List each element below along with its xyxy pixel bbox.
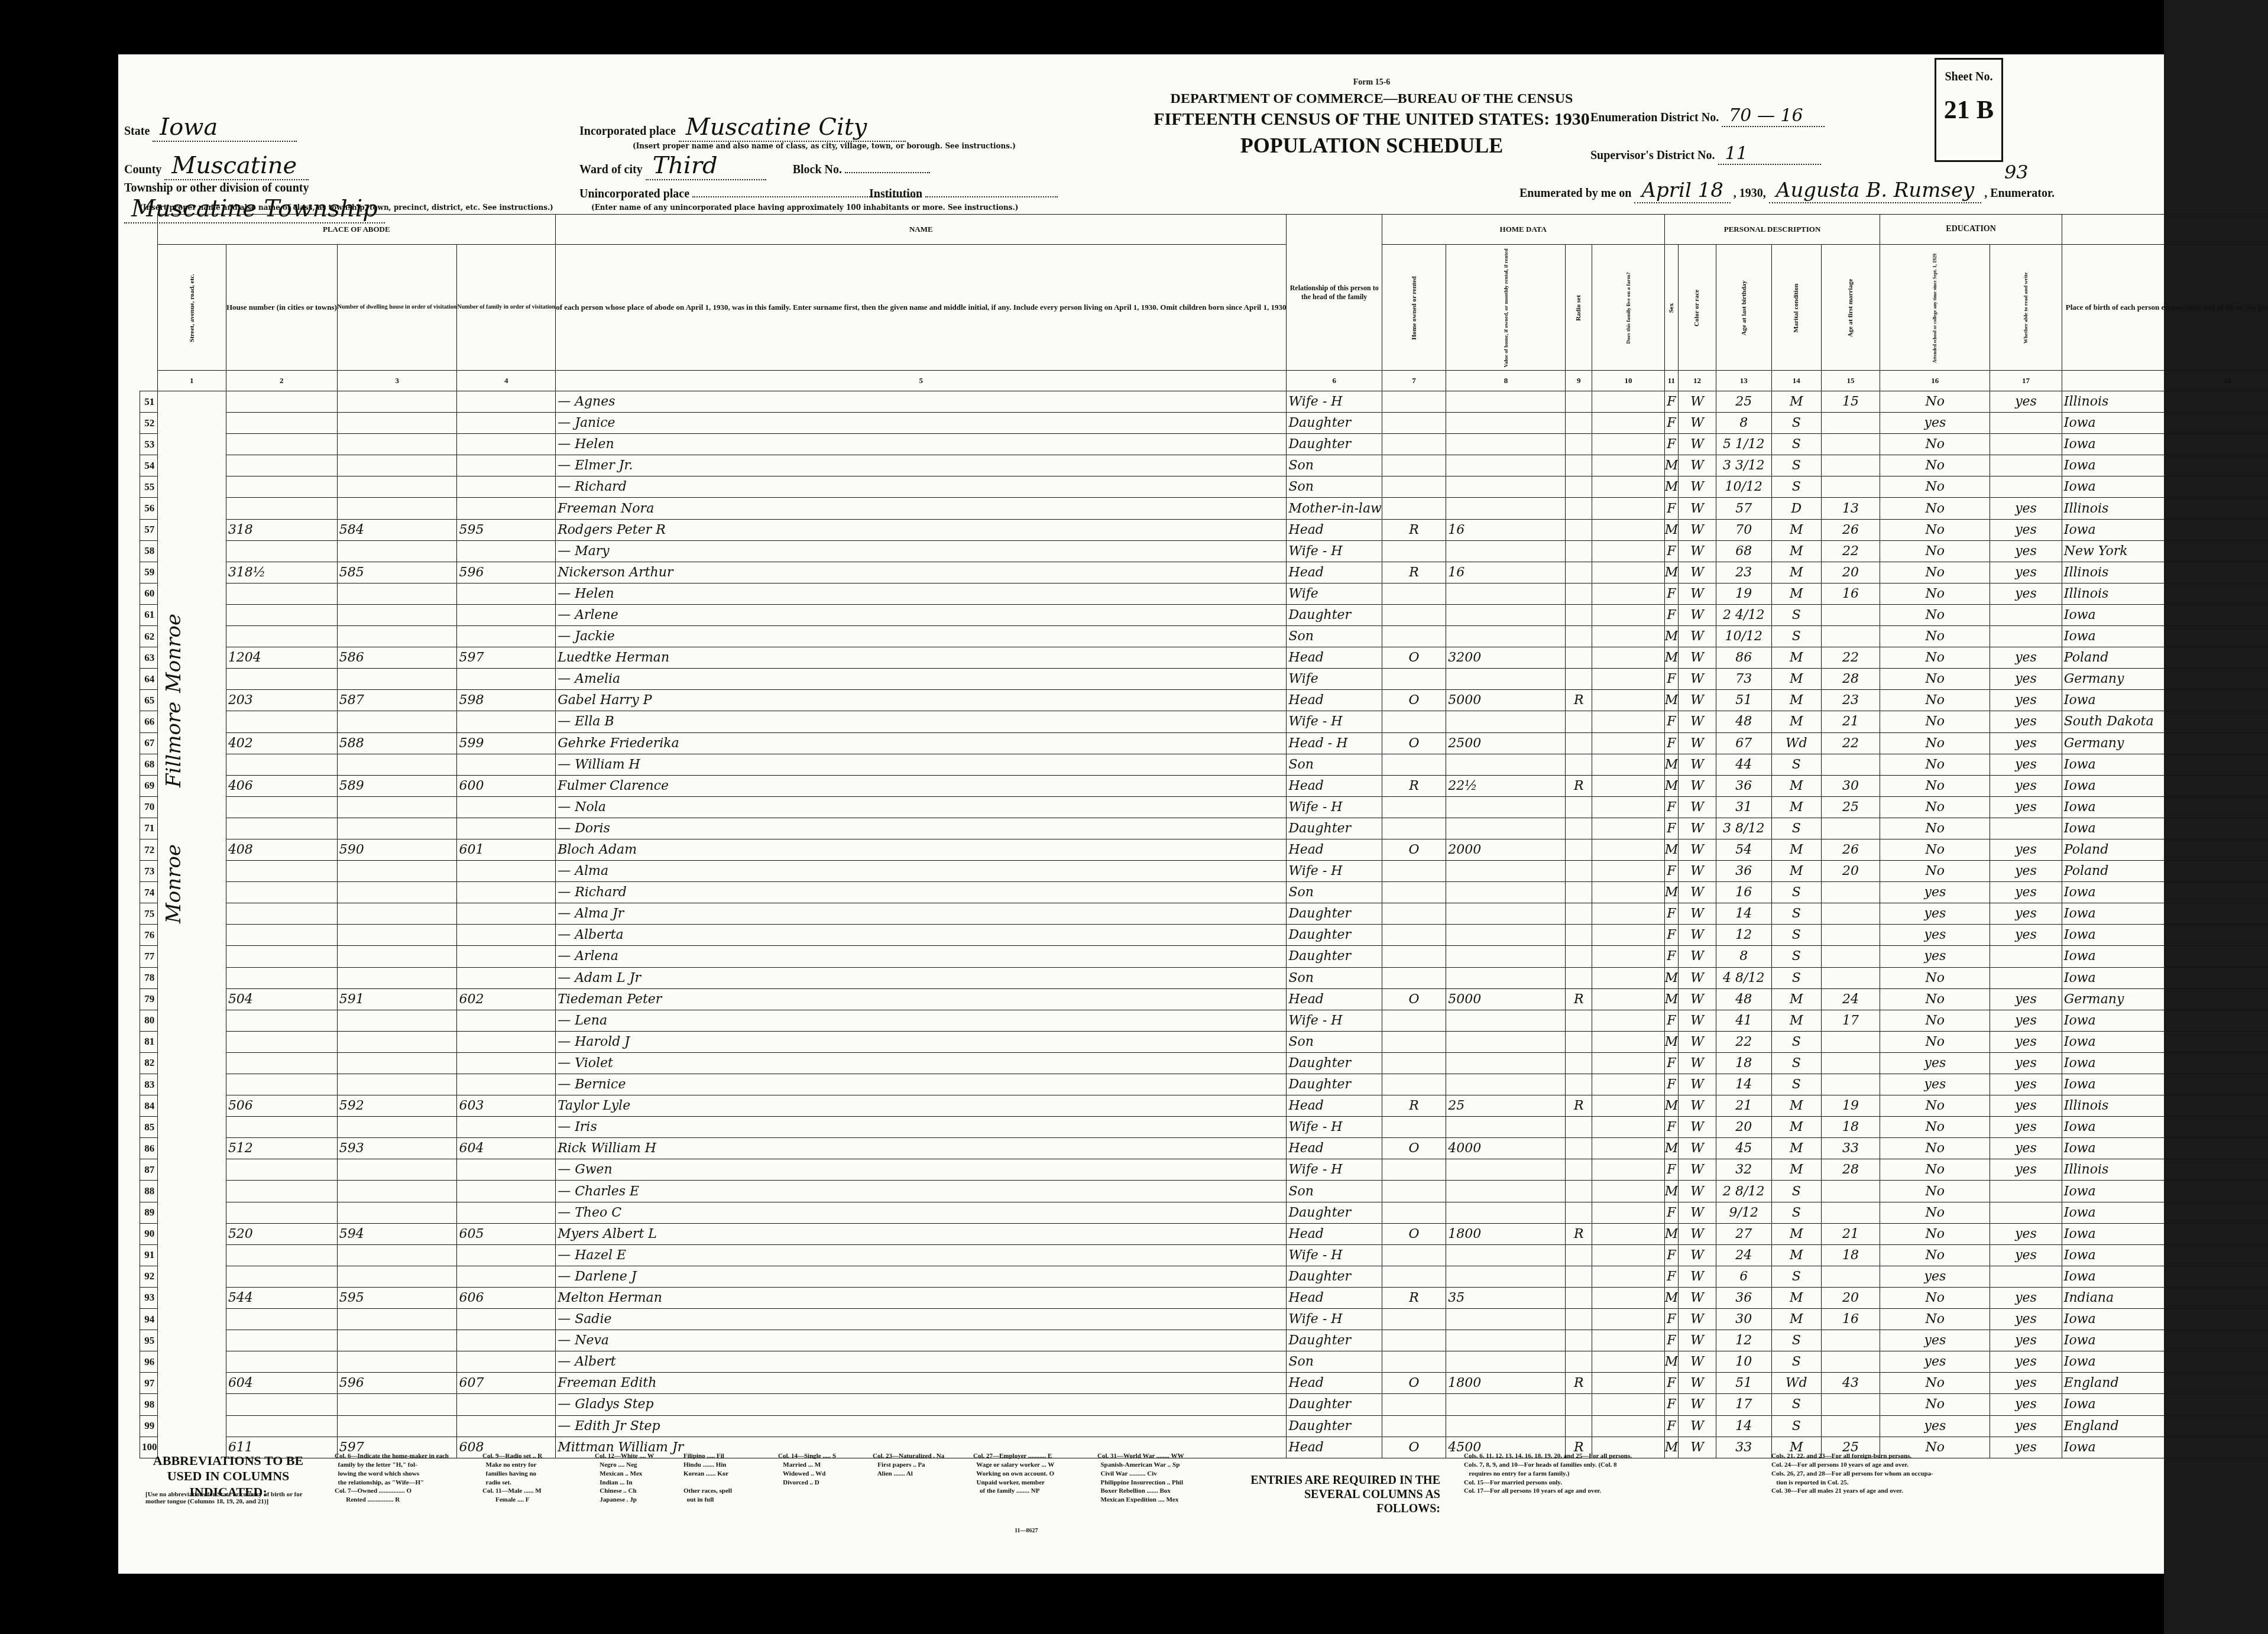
dwelling-number <box>337 498 457 519</box>
attended-school: No <box>1880 604 1990 625</box>
street-cell <box>157 647 226 669</box>
home-owned-rented <box>1382 1117 1446 1138</box>
dwelling-number: 594 <box>337 1223 457 1244</box>
house-number <box>226 1159 337 1181</box>
marital-status: M <box>1771 1223 1821 1244</box>
person-name: — Richard <box>556 882 1287 903</box>
street-cell <box>157 1074 226 1095</box>
radio-set <box>1566 1202 1592 1223</box>
attended-school: yes <box>1880 882 1990 903</box>
dwelling-number <box>337 925 457 946</box>
marital-status: M <box>1771 583 1821 604</box>
marital-status: M <box>1771 988 1821 1010</box>
farm <box>1592 498 1665 519</box>
birthplace-person: Iowa <box>2062 1244 2268 1266</box>
street-cell <box>157 946 226 967</box>
birthplace-person: Iowa <box>2062 1117 2268 1138</box>
line-number-left: 69 <box>140 775 158 796</box>
attended-school: No <box>1880 1031 1990 1052</box>
street-cell <box>157 519 226 540</box>
table-row: 77— ArlenaDaughterFW8SyesIowaPolandPolan… <box>140 946 2268 967</box>
line-number-left: 63 <box>140 647 158 669</box>
family-number <box>457 604 556 625</box>
relation: Wife - H <box>1287 711 1382 732</box>
race: W <box>1679 1394 1716 1415</box>
age-first-marriage: 28 <box>1821 1159 1880 1181</box>
age-first-marriage <box>1821 818 1880 839</box>
line-number-left: 87 <box>140 1159 158 1181</box>
read-write <box>1990 946 2062 967</box>
radio-set <box>1566 1052 1592 1074</box>
age: 8 <box>1716 946 1771 967</box>
farm <box>1592 434 1665 455</box>
family-number <box>457 925 556 946</box>
attended-school: No <box>1880 669 1990 690</box>
house-number <box>226 1330 337 1351</box>
home-value <box>1446 583 1566 604</box>
home-owned-rented: O <box>1382 690 1446 711</box>
house-number: 604 <box>226 1373 337 1394</box>
relation: Wife - H <box>1287 1117 1382 1138</box>
incorporated-value: Muscatine City <box>679 114 906 142</box>
abbreviations-note: [Use no abbreviations for State or count… <box>145 1491 317 1505</box>
read-write: yes <box>1990 1287 2062 1308</box>
age: 44 <box>1716 754 1771 775</box>
birthplace-person: New York <box>2062 540 2268 562</box>
street-cell <box>157 562 226 583</box>
table-row: 58— MaryWife - HFW68M22NoyesNew YorkIrel… <box>140 540 2268 562</box>
house-number <box>226 498 337 519</box>
street-cell <box>157 1266 226 1287</box>
person-name: — Janice <box>556 413 1287 434</box>
house-number <box>226 391 337 413</box>
person-name: — Alberta <box>556 925 1287 946</box>
farm <box>1592 967 1665 988</box>
dwelling-number <box>337 1244 457 1266</box>
age: 32 <box>1716 1159 1771 1181</box>
family-number <box>457 861 556 882</box>
table-row: 82— VioletDaughterFW18SyesyesIowaGermany… <box>140 1052 2268 1074</box>
township-note: (Insert proper name and also name of cla… <box>140 203 553 212</box>
birthplace-person: Iowa <box>2062 754 2268 775</box>
street-cell <box>157 1202 226 1223</box>
marital-status: M <box>1771 1159 1821 1181</box>
birthplace-person: Illinois <box>2062 391 2268 413</box>
age-first-marriage: 19 <box>1821 1095 1880 1117</box>
house-number <box>226 882 337 903</box>
home-owned-rented <box>1382 1394 1446 1415</box>
enumerated-line: Enumerated by me on April 18 , 1930, Aug… <box>1519 179 2055 203</box>
read-write: yes <box>1990 1159 2062 1181</box>
dwelling-number: 592 <box>337 1095 457 1117</box>
home-owned-rented: R <box>1382 519 1446 540</box>
attended-school: No <box>1880 540 1990 562</box>
age-first-marriage <box>1821 882 1880 903</box>
read-write: yes <box>1990 1117 2062 1138</box>
attended-school: No <box>1880 562 1990 583</box>
attended-school: yes <box>1880 903 1990 925</box>
house-number: 504 <box>226 988 337 1010</box>
table-row: 80— LenaWife - HFW41M17NoyesIowaUnited S… <box>140 1010 2268 1031</box>
relation: Daughter <box>1287 1074 1382 1095</box>
house-number <box>226 1266 337 1287</box>
group-education: EDUCATION <box>1880 215 2062 245</box>
relation: Wife - H <box>1287 1010 1382 1031</box>
street-cell <box>157 604 226 625</box>
table-row: 51— AgnesWife - HFW25M15NoyesIllinoisIll… <box>140 391 2268 413</box>
dwelling-number <box>337 903 457 925</box>
family-number <box>457 669 556 690</box>
home-owned-rented: O <box>1382 839 1446 860</box>
sex: M <box>1664 882 1679 903</box>
person-name: — Arlene <box>556 604 1287 625</box>
unincorporated-note: (Enter name of any unincorporated place … <box>591 203 1018 212</box>
dwelling-number <box>337 1266 457 1287</box>
form-number: Form 15-6 <box>1106 78 1638 87</box>
attended-school: No <box>1880 1202 1990 1223</box>
farm <box>1592 583 1665 604</box>
line-number-left: 58 <box>140 540 158 562</box>
home-owned-rented <box>1382 1010 1446 1031</box>
read-write: yes <box>1990 583 2062 604</box>
line-number-left: 56 <box>140 498 158 519</box>
farm <box>1592 839 1665 860</box>
family-number <box>457 1074 556 1095</box>
race: W <box>1679 626 1716 647</box>
relation: Son <box>1287 1181 1382 1202</box>
birthplace-person: Illinois <box>2062 1159 2268 1181</box>
home-owned-rented <box>1382 583 1446 604</box>
line-number-left: 86 <box>140 1138 158 1159</box>
relation: Wife - H <box>1287 1309 1382 1330</box>
home-value <box>1446 540 1566 562</box>
attended-school: No <box>1880 455 1990 476</box>
age-first-marriage: 17 <box>1821 1010 1880 1031</box>
street-cell <box>157 669 226 690</box>
attended-school: No <box>1880 861 1990 882</box>
home-value <box>1446 796 1566 818</box>
ward-field: Ward of city Third Block No. <box>579 152 930 180</box>
home-value <box>1446 1351 1566 1373</box>
sex: F <box>1664 391 1679 413</box>
age: 22 <box>1716 1031 1771 1052</box>
family-number: 595 <box>457 519 556 540</box>
age-first-marriage <box>1821 434 1880 455</box>
census-title: FIFTEENTH CENSUS OF THE UNITED STATES: 1… <box>1106 109 1638 129</box>
house-number <box>226 413 337 434</box>
marital-status: M <box>1771 1309 1821 1330</box>
race: W <box>1679 732 1716 754</box>
house-number: 406 <box>226 775 337 796</box>
relation: Son <box>1287 455 1382 476</box>
attended-school: No <box>1880 391 1990 413</box>
relation: Wife - H <box>1287 861 1382 882</box>
house-number <box>226 1117 337 1138</box>
race: W <box>1679 669 1716 690</box>
read-write: yes <box>1990 540 2062 562</box>
street-cell <box>157 903 226 925</box>
dwelling-number <box>337 455 457 476</box>
family-number <box>457 1181 556 1202</box>
home-value: 1800 <box>1446 1373 1566 1394</box>
person-name: Gehrke Friederika <box>556 732 1287 754</box>
line-number-left: 99 <box>140 1415 158 1437</box>
house-number: 544 <box>226 1287 337 1308</box>
farm <box>1592 1074 1665 1095</box>
home-owned-rented <box>1382 604 1446 625</box>
street-cell <box>157 413 226 434</box>
attended-school: yes <box>1880 1052 1990 1074</box>
birthplace-person: Iowa <box>2062 1266 2268 1287</box>
col6-abbrev: Col. 6—Indicate the home-maker in each f… <box>335 1452 449 1505</box>
person-name: Fulmer Clarence <box>556 775 1287 796</box>
marital-status: M <box>1771 690 1821 711</box>
read-write: yes <box>1990 1415 2062 1437</box>
home-owned-rented <box>1382 1415 1446 1437</box>
relation: Head <box>1287 1287 1382 1308</box>
read-write: yes <box>1990 519 2062 540</box>
sex: M <box>1664 775 1679 796</box>
person-name: — Richard <box>556 476 1287 498</box>
family-number: 600 <box>457 775 556 796</box>
family-number <box>457 1351 556 1373</box>
table-row: 78— Adam L JrSonMW4 8/12SNoIowaPolandPol… <box>140 967 2268 988</box>
read-write: yes <box>1990 1074 2062 1095</box>
marital-status: M <box>1771 1287 1821 1308</box>
attended-school: No <box>1880 1117 1990 1138</box>
marital-status: M <box>1771 711 1821 732</box>
attended-school: No <box>1880 1244 1990 1266</box>
marital-status: M <box>1771 839 1821 860</box>
table-row: 55— RichardSonMW10/12SNoIowaIllinoisIlli… <box>140 476 2268 498</box>
attended-school: yes <box>1880 925 1990 946</box>
read-write: yes <box>1990 1330 2062 1351</box>
street-cell <box>157 861 226 882</box>
radio-set: R <box>1566 690 1592 711</box>
race: W <box>1679 413 1716 434</box>
street-cell <box>157 711 226 732</box>
sex: F <box>1664 796 1679 818</box>
radio-set <box>1566 669 1592 690</box>
enumeration-date: April 18 <box>1634 179 1730 203</box>
entries-required-1: Cols. 6, 11, 12, 13, 14, 16, 18, 19, 20,… <box>1464 1452 1632 1496</box>
farm <box>1592 796 1665 818</box>
farm <box>1592 1095 1665 1117</box>
relation: Head <box>1287 1138 1382 1159</box>
birthplace-person: Iowa <box>2062 796 2268 818</box>
home-value <box>1446 1244 1566 1266</box>
attended-school: No <box>1880 754 1990 775</box>
age: 10/12 <box>1716 476 1771 498</box>
dwelling-number <box>337 413 457 434</box>
sex: F <box>1664 1159 1679 1181</box>
relation: Head <box>1287 519 1382 540</box>
age-first-marriage: 20 <box>1821 861 1880 882</box>
line-number-left: 80 <box>140 1010 158 1031</box>
age-first-marriage: 25 <box>1821 796 1880 818</box>
home-owned-rented <box>1382 626 1446 647</box>
family-number <box>457 818 556 839</box>
department: DEPARTMENT OF COMMERCE—BUREAU OF THE CEN… <box>1106 91 1638 107</box>
block-value <box>845 172 930 173</box>
line-number-left: 59 <box>140 562 158 583</box>
race: W <box>1679 946 1716 967</box>
age-first-marriage: 16 <box>1821 1309 1880 1330</box>
institution-field: Institution <box>869 187 1058 201</box>
age: 12 <box>1716 925 1771 946</box>
sex: F <box>1664 903 1679 925</box>
family-number <box>457 946 556 967</box>
table-row: 97604596607Freeman EdithHeadO1800RFW51Wd… <box>140 1373 2268 1394</box>
person-name: — Gwen <box>556 1159 1287 1181</box>
relation: Daughter <box>1287 818 1382 839</box>
entries-required-2: Cols. 21, 22, and 23—For all foreign-bor… <box>1771 1452 1933 1496</box>
race: W <box>1679 391 1716 413</box>
sex: F <box>1664 434 1679 455</box>
table-row: 85— IrisWife - HFW20M18NoyesIowaIowaMich… <box>140 1117 2268 1138</box>
birthplace-person: Illinois <box>2062 1095 2268 1117</box>
farm <box>1592 861 1665 882</box>
state-field: State Iowa <box>124 114 297 142</box>
radio-set: R <box>1566 1373 1592 1394</box>
marital-status: S <box>1771 882 1821 903</box>
age-first-marriage: 13 <box>1821 498 1880 519</box>
race: W <box>1679 1373 1716 1394</box>
farm <box>1592 988 1665 1010</box>
race: W <box>1679 1117 1716 1138</box>
street-cell <box>157 1052 226 1074</box>
house-number <box>226 903 337 925</box>
street-cell <box>157 967 226 988</box>
sex: M <box>1664 839 1679 860</box>
line-number-left: 70 <box>140 796 158 818</box>
home-value <box>1446 1394 1566 1415</box>
line-number-left: 55 <box>140 476 158 498</box>
home-value <box>1446 754 1566 775</box>
street-cell <box>157 1309 226 1330</box>
sex: F <box>1664 946 1679 967</box>
race: W <box>1679 1159 1716 1181</box>
birthplace-person: Iowa <box>2062 1138 2268 1159</box>
sex: M <box>1664 988 1679 1010</box>
house-number <box>226 626 337 647</box>
person-name: — Helen <box>556 583 1287 604</box>
house-number <box>226 604 337 625</box>
age: 48 <box>1716 988 1771 1010</box>
race: W <box>1679 1052 1716 1074</box>
birthplace-person: Iowa <box>2062 1074 2268 1095</box>
marital-status: S <box>1771 925 1821 946</box>
street-cell <box>157 498 226 519</box>
age: 25 <box>1716 391 1771 413</box>
home-owned-rented <box>1382 861 1446 882</box>
sheet-number-box: Sheet No. 21 B <box>1935 58 2003 162</box>
home-owned-rented <box>1382 1052 1446 1074</box>
birthplace-person: Iowa <box>2062 476 2268 498</box>
sex: M <box>1664 1351 1679 1373</box>
person-name: — Neva <box>556 1330 1287 1351</box>
home-owned-rented <box>1382 754 1446 775</box>
home-owned-rented <box>1382 903 1446 925</box>
house-number <box>226 754 337 775</box>
home-owned-rented <box>1382 1309 1446 1330</box>
line-number-left: 65 <box>140 690 158 711</box>
birthplace-person: Iowa <box>2062 1394 2268 1415</box>
sex: M <box>1664 1223 1679 1244</box>
age-first-marriage: 22 <box>1821 732 1880 754</box>
dwelling-number <box>337 818 457 839</box>
family-number <box>457 796 556 818</box>
line-number-left: 82 <box>140 1052 158 1074</box>
home-value: 5000 <box>1446 988 1566 1010</box>
birthplace-person: Iowa <box>2062 925 2268 946</box>
age: 3 8/12 <box>1716 818 1771 839</box>
birthplace-person: Germany <box>2062 669 2268 690</box>
radio-set <box>1566 1351 1592 1373</box>
dwelling-number: 585 <box>337 562 457 583</box>
dwelling-number: 591 <box>337 988 457 1010</box>
farm <box>1592 413 1665 434</box>
read-write: yes <box>1990 925 2062 946</box>
home-owned-rented: R <box>1382 1287 1446 1308</box>
radio-set <box>1566 1181 1592 1202</box>
read-write: yes <box>1990 1223 2062 1244</box>
table-row: 92— Darlene JDaughterFW6SyesIowaIowaIowa… <box>140 1266 2268 1287</box>
person-name: — Nola <box>556 796 1287 818</box>
home-value <box>1446 967 1566 988</box>
radio-set: R <box>1566 1095 1592 1117</box>
race: W <box>1679 1138 1716 1159</box>
street-cell <box>157 1159 226 1181</box>
dwelling-number <box>337 1415 457 1437</box>
attended-school: No <box>1880 711 1990 732</box>
relation: Head <box>1287 775 1382 796</box>
family-number <box>457 903 556 925</box>
home-owned-rented <box>1382 434 1446 455</box>
line-number-left: 88 <box>140 1181 158 1202</box>
person-name: Tiedeman Peter <box>556 988 1287 1010</box>
relation: Wife - H <box>1287 1244 1382 1266</box>
age: 68 <box>1716 540 1771 562</box>
person-name: — Sadie <box>556 1309 1287 1330</box>
home-value <box>1446 604 1566 625</box>
radio-set <box>1566 1159 1592 1181</box>
home-value <box>1446 455 1566 476</box>
attended-school: yes <box>1880 1351 1990 1373</box>
house-number <box>226 1244 337 1266</box>
line-number-left: 89 <box>140 1202 158 1223</box>
table-row: 74— RichardSonMW16SyesyesIowaPolandPolan… <box>140 882 2268 903</box>
house-number <box>226 946 337 967</box>
radio-set: R <box>1566 988 1592 1010</box>
marital-status: S <box>1771 1330 1821 1351</box>
farm <box>1592 1031 1665 1052</box>
farm <box>1592 711 1665 732</box>
age: 3 3/12 <box>1716 455 1771 476</box>
race: W <box>1679 604 1716 625</box>
home-owned-rented: O <box>1382 1223 1446 1244</box>
person-name: — Bernice <box>556 1074 1287 1095</box>
read-write: yes <box>1990 562 2062 583</box>
person-name: — Harold J <box>556 1031 1287 1052</box>
attended-school: No <box>1880 967 1990 988</box>
farm <box>1592 818 1665 839</box>
relation: Head <box>1287 988 1382 1010</box>
read-write: yes <box>1990 1373 2062 1394</box>
age: 10/12 <box>1716 626 1771 647</box>
person-name: — Ella B <box>556 711 1287 732</box>
radio-set <box>1566 434 1592 455</box>
